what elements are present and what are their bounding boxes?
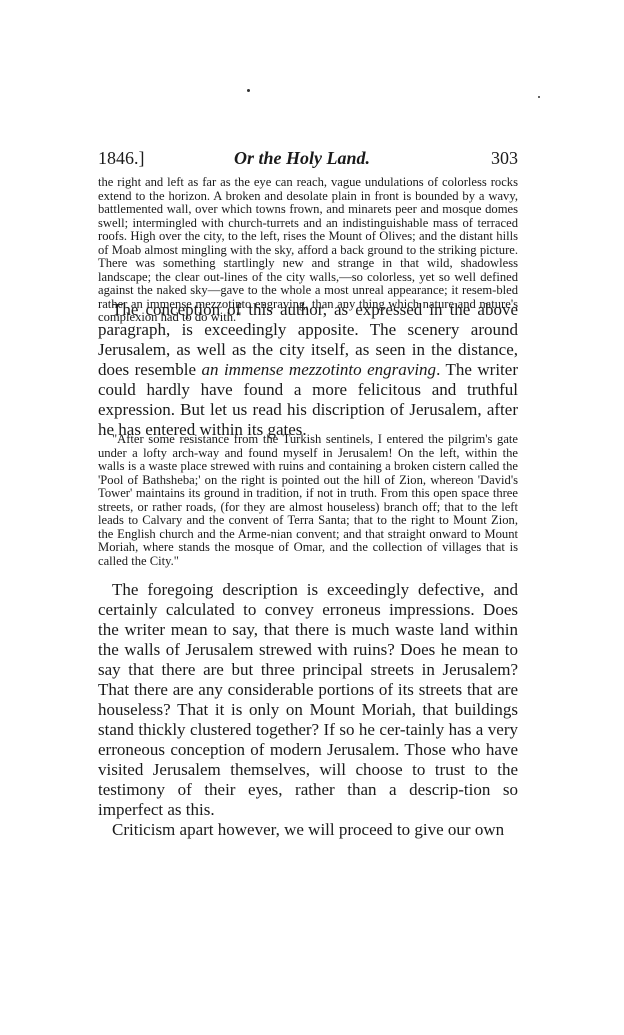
quote-paragraph-2: "After some resistance from the Turkish … <box>98 433 518 568</box>
running-header: 1846.] Or the Holy Land. 303 <box>98 148 526 172</box>
commentary-paragraph-1: The conception of this author, as expres… <box>98 300 518 440</box>
header-year: 1846.] <box>98 148 145 169</box>
commentary-group: The foregoing description is exceedingly… <box>98 580 518 840</box>
commentary-paragraph-3: Criticism apart however, we will proceed… <box>98 820 518 840</box>
print-speck <box>538 96 540 98</box>
print-speck <box>247 89 250 92</box>
commentary-paragraph-2: The foregoing description is exceedingly… <box>98 580 518 820</box>
page-number: 303 <box>491 148 518 169</box>
italic-phrase: an immense mezzotinto engraving <box>201 360 436 379</box>
header-running-title: Or the Holy Land. <box>234 148 370 169</box>
